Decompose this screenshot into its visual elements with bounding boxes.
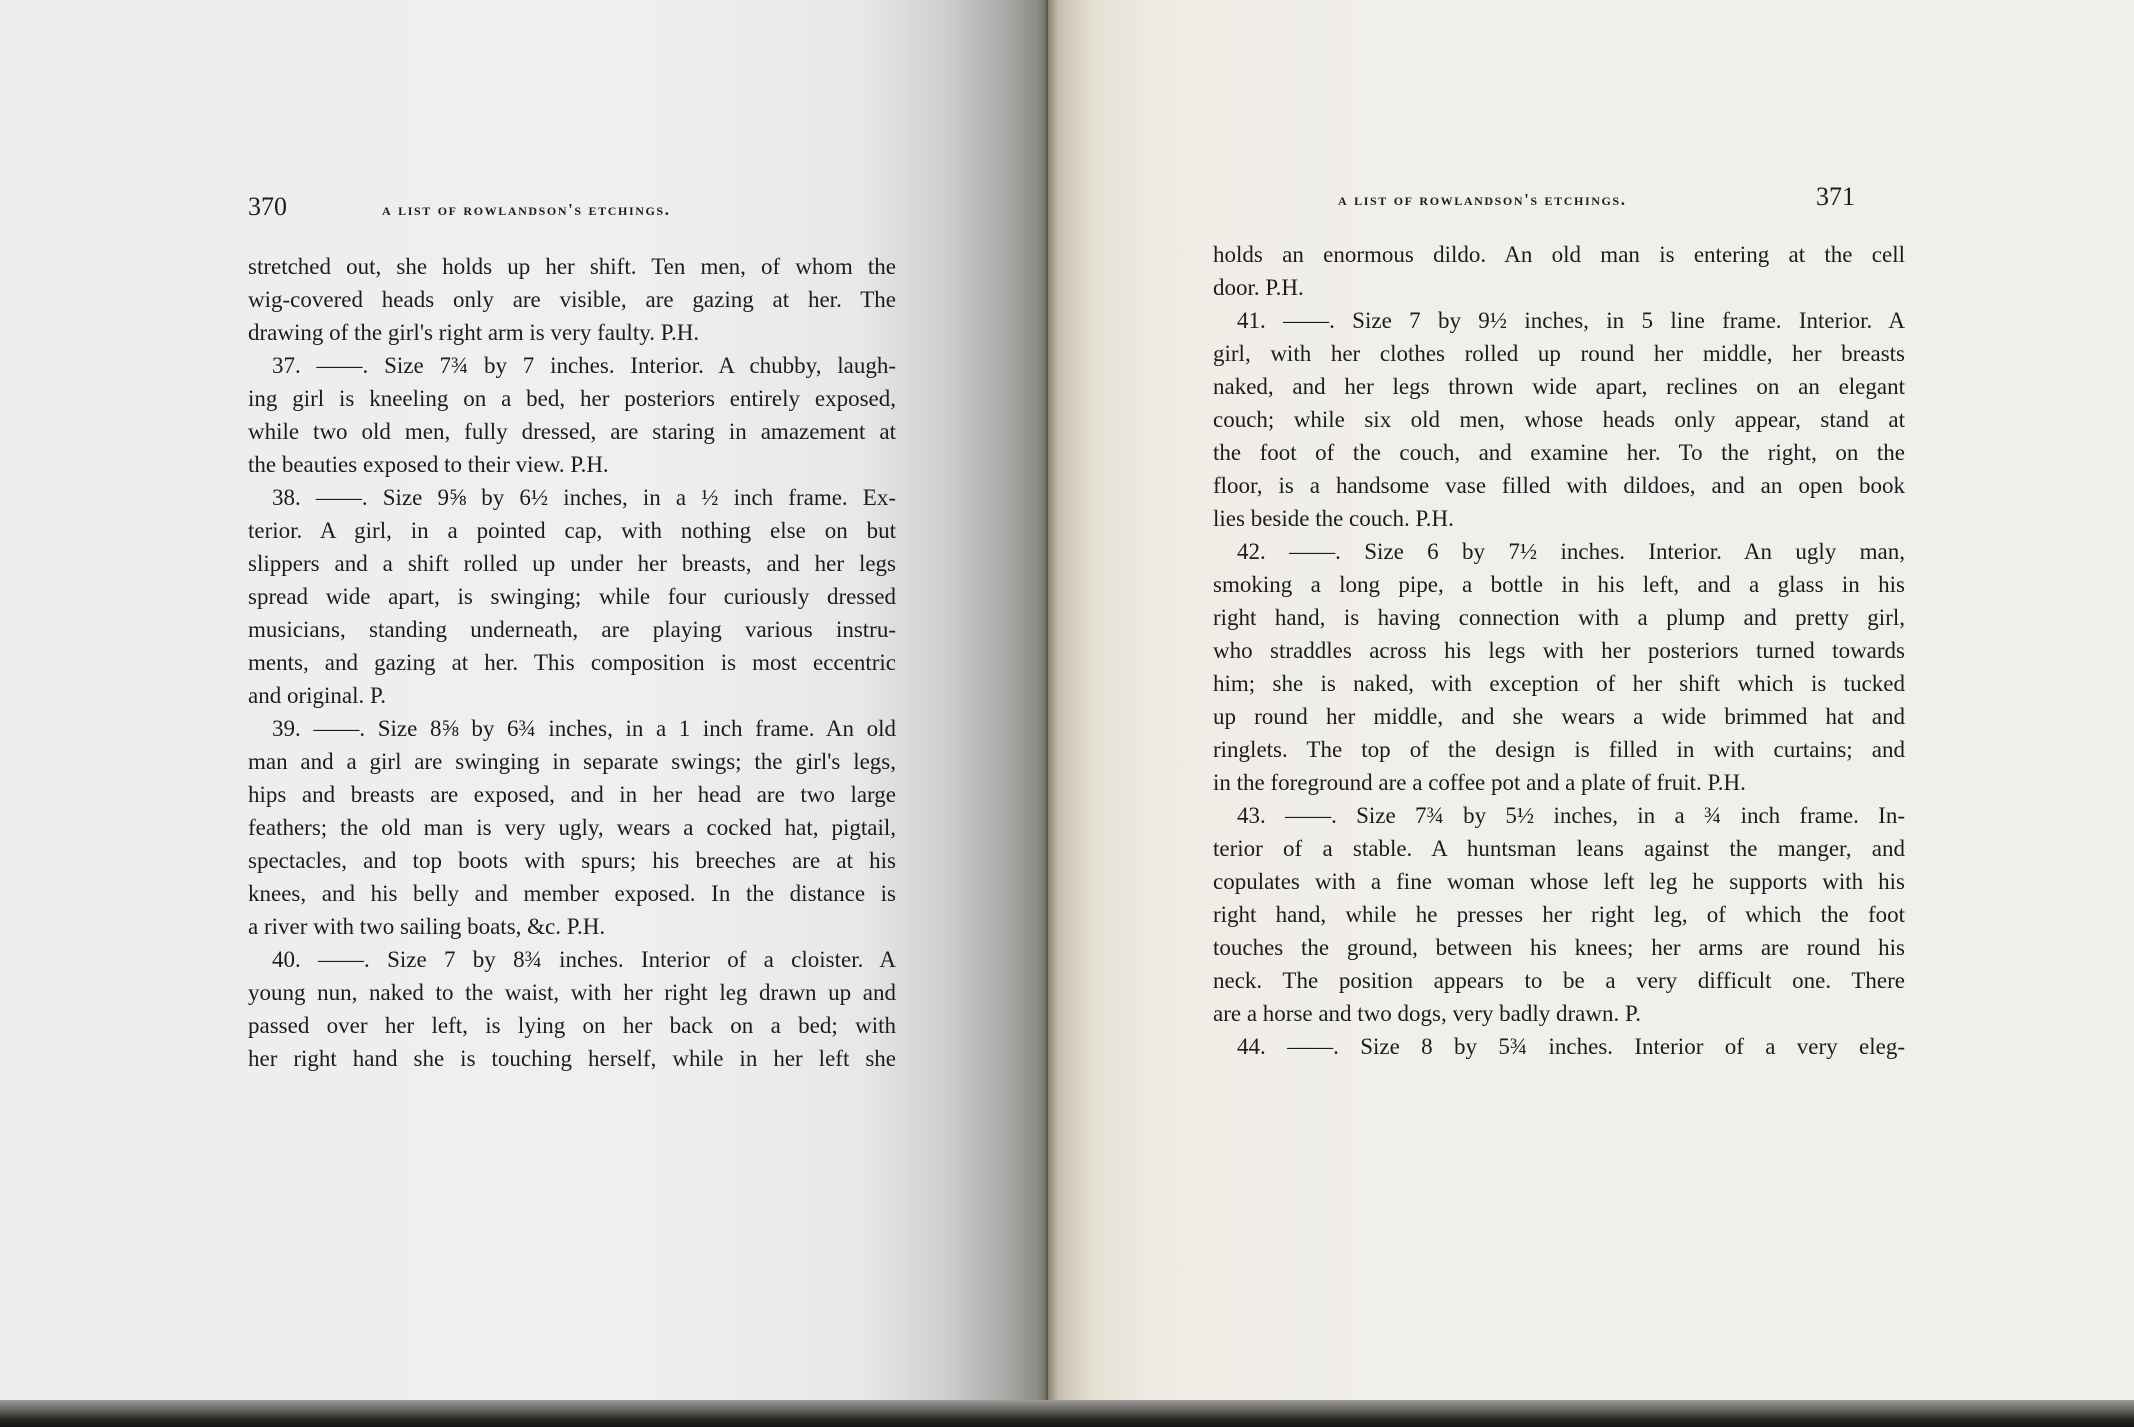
text-line: ringlets. The top of the design is fille… <box>1213 733 1905 766</box>
text-line: up round her middle, and she wears a wid… <box>1213 700 1905 733</box>
text-line: right hand, is having connection with a … <box>1213 601 1905 634</box>
text-line: feathers; the old man is very ugly, wear… <box>248 811 896 844</box>
text-line: touches the ground, between his knees; h… <box>1213 931 1905 964</box>
text-line: neck. The position appears to be a very … <box>1213 964 1905 997</box>
text-line: spectacles, and top boots with spurs; hi… <box>248 844 896 877</box>
text-line: naked, and her legs thrown wide apart, r… <box>1213 370 1905 403</box>
text-line: young nun, naked to the waist, with her … <box>248 976 896 1009</box>
text-line: couch; while six old men, whose heads on… <box>1213 403 1905 436</box>
text-line: man and a girl are swinging in separate … <box>248 745 896 778</box>
text-line: terior of a stable. A huntsman leans aga… <box>1213 832 1905 865</box>
text-line: right hand, while he presses her right l… <box>1213 898 1905 931</box>
text-line: him; she is naked, with exception of her… <box>1213 667 1905 700</box>
text-line: the beauties exposed to their view. P.H. <box>248 448 896 481</box>
text-line: the foot of the couch, and examine her. … <box>1213 436 1905 469</box>
text-line: stretched out, she holds up her shift. T… <box>248 250 896 283</box>
text-line: holds an enormous dildo. An old man is e… <box>1213 238 1905 271</box>
text-line: in the foreground are a coffee pot and a… <box>1213 766 1905 799</box>
page-number-left: 370 <box>248 192 287 222</box>
text-line: copulates with a fine woman whose left l… <box>1213 865 1905 898</box>
text-line: drawing of the girl's right arm is very … <box>248 316 896 349</box>
right-page: A LIST OF ROWLANDSON'S ETCHINGS. 371 hol… <box>1048 0 2134 1412</box>
text-line: and original. P. <box>248 679 896 712</box>
text-line: girl, with her clothes rolled up round h… <box>1213 337 1905 370</box>
text-line: musicians, standing underneath, are play… <box>248 613 896 646</box>
text-line: knees, and his belly and member exposed.… <box>248 877 896 910</box>
right-body-text: holds an enormous dildo. An old man is e… <box>1213 238 1905 1063</box>
text-line: 44. ——. Size 8 by 5¾ inches. Interior of… <box>1213 1030 1905 1063</box>
text-line: while two old men, fully dressed, are st… <box>248 415 896 448</box>
text-line: 38. ——. Size 9⅝ by 6½ inches, in a ½ inc… <box>248 481 896 514</box>
text-line: 41. ——. Size 7 by 9½ inches, in 5 line f… <box>1213 304 1905 337</box>
running-head-left: A LIST OF ROWLANDSON'S ETCHINGS. <box>382 200 671 220</box>
text-line: 37. ——. Size 7¾ by 7 inches. Interior. A… <box>248 349 896 382</box>
text-line: slippers and a shift rolled up under her… <box>248 547 896 580</box>
text-line: floor, is a handsome vase filled with di… <box>1213 469 1905 502</box>
text-line: ments, and gazing at her. This compositi… <box>248 646 896 679</box>
left-body-text: stretched out, she holds up her shift. T… <box>248 250 896 1075</box>
page-number-right: 371 <box>1816 182 1855 212</box>
text-line: who straddles across his legs with her p… <box>1213 634 1905 667</box>
text-line: terior. A girl, in a pointed cap, with n… <box>248 514 896 547</box>
text-line: 40. ——. Size 7 by 8¾ inches. Interior of… <box>248 943 896 976</box>
text-line: hips and breasts are exposed, and in her… <box>248 778 896 811</box>
text-line: passed over her left, is lying on her ba… <box>248 1009 896 1042</box>
text-line: door. P.H. <box>1213 271 1905 304</box>
text-line: spread wide apart, is swinging; while fo… <box>248 580 896 613</box>
text-line: ing girl is kneeling on a bed, her poste… <box>248 382 896 415</box>
left-page: 370 A LIST OF ROWLANDSON'S ETCHINGS. str… <box>0 0 1048 1412</box>
text-line: a river with two sailing boats, &c. P.H. <box>248 910 896 943</box>
text-line: her right hand she is touching herself, … <box>248 1042 896 1075</box>
book-spread: 370 A LIST OF ROWLANDSON'S ETCHINGS. str… <box>0 0 2134 1427</box>
text-line: smoking a long pipe, a bottle in his lef… <box>1213 568 1905 601</box>
text-line: wig-covered heads only are visible, are … <box>248 283 896 316</box>
running-head-right: A LIST OF ROWLANDSON'S ETCHINGS. <box>1338 190 1627 210</box>
text-line: 42. ——. Size 6 by 7½ inches. Interior. A… <box>1213 535 1905 568</box>
text-line: 39. ——. Size 8⅝ by 6¾ inches, in a 1 inc… <box>248 712 896 745</box>
text-line: lies beside the couch. P.H. <box>1213 502 1905 535</box>
book-bottom-edge <box>0 1400 2134 1427</box>
text-line: 43. ——. Size 7¾ by 5½ inches, in a ¾ inc… <box>1213 799 1905 832</box>
text-line: are a horse and two dogs, very badly dra… <box>1213 997 1905 1030</box>
